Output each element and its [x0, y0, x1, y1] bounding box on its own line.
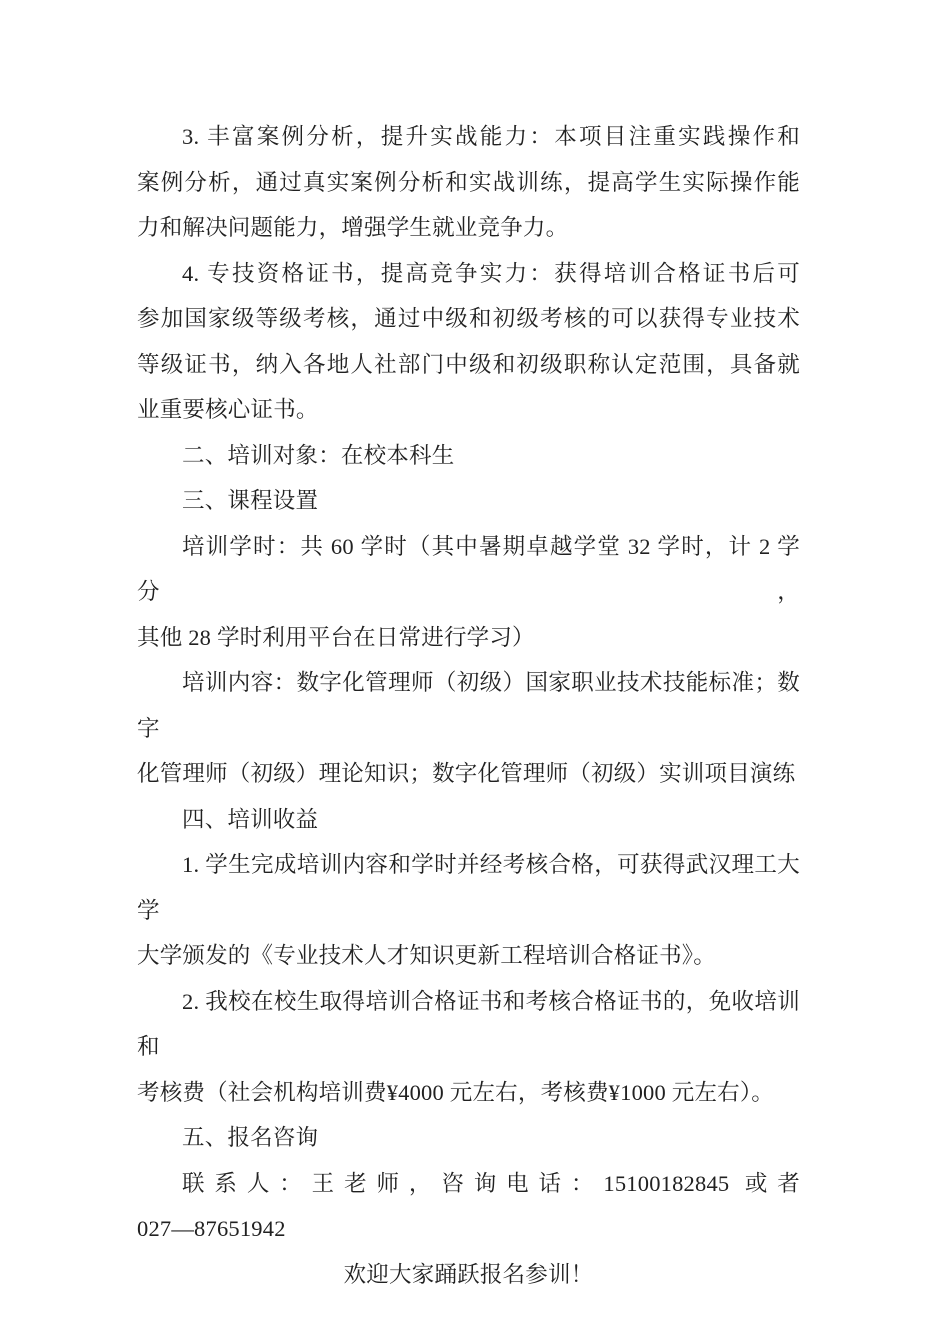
paragraph-benefit-1: 1. 学生完成培训内容和学时并经考核合格，可获得武汉理工大学大学颁发的《专业技术… [137, 842, 800, 979]
text-line: 联系人：王老师，咨询电话：15100182845 或者 [137, 1161, 800, 1207]
text-line: 3. 丰富案例分析，提升实战能力：本项目注重实践操作和 [137, 114, 800, 160]
text-line: 大学颁发的《专业技术人才知识更新工程培训合格证书》。 [137, 933, 800, 979]
text-line: 其他 28 学时利用平台在日常进行学习） [137, 615, 800, 661]
paragraph-benefit-2: 2. 我校在校生取得培训合格证书和考核合格证书的，免收培训和考核费（社会机构培训… [137, 979, 800, 1116]
text-line: 等级证书，纳入各地人社部门中级和初级职称认定范围，具备就 [137, 342, 800, 388]
paragraph-contact: 联系人：王老师，咨询电话：15100182845 或者027—87651942 [137, 1161, 800, 1252]
closing-line: 欢迎大家踊跃报名参训！ [137, 1252, 800, 1298]
text-line: 培训内容：数字化管理师（初级）国家职业技术技能标准；数字 [137, 660, 800, 751]
heading-registration: 五、报名咨询 [137, 1115, 800, 1161]
paragraph-training-content: 培训内容：数字化管理师（初级）国家职业技术技能标准；数字化管理师（初级）理论知识… [137, 660, 800, 797]
paragraph-feature-4: 4. 专技资格证书，提高竞争实力：获得培训合格证书后可参加国家级等级考核，通过中… [137, 251, 800, 433]
text-line: 考核费（社会机构培训费¥4000 元左右，考核费¥1000 元左右）。 [137, 1070, 800, 1116]
paragraph-feature-3: 3. 丰富案例分析，提升实战能力：本项目注重实践操作和案例分析，通过真实案例分析… [137, 114, 800, 251]
heading-course-setup: 三、课程设置 [137, 478, 800, 524]
text-line: 化管理师（初级）理论知识；数字化管理师（初级）实训项目演练 [137, 751, 800, 797]
text-line: 力和解决问题能力，增强学生就业竞争力。 [137, 205, 800, 251]
text-line: 培训学时：共 60 学时（其中暑期卓越学堂 32 学时，计 2 学分， [137, 524, 800, 615]
text-line: 027—87651942 [137, 1206, 800, 1252]
text-line: 四、培训收益 [137, 797, 800, 843]
heading-training-target: 二、培训对象：在校本科生 [137, 433, 800, 479]
text-line: 二、培训对象：在校本科生 [137, 433, 800, 479]
text-line: 业重要核心证书。 [137, 387, 800, 433]
document-body: 3. 丰富案例分析，提升实战能力：本项目注重实践操作和案例分析，通过真实案例分析… [137, 114, 800, 1297]
text-line: 三、课程设置 [137, 478, 800, 524]
paragraph-training-hours: 培训学时：共 60 学时（其中暑期卓越学堂 32 学时，计 2 学分，其他 28… [137, 524, 800, 661]
text-line: 4. 专技资格证书，提高竞争实力：获得培训合格证书后可 [137, 251, 800, 297]
text-line: 案例分析，通过真实案例分析和实战训练，提高学生实际操作能 [137, 160, 800, 206]
heading-training-benefits: 四、培训收益 [137, 797, 800, 843]
document-page: 3. 丰富案例分析，提升实战能力：本项目注重实践操作和案例分析，通过真实案例分析… [0, 0, 937, 1332]
text-line: 欢迎大家踊跃报名参训！ [137, 1252, 800, 1298]
text-line: 1. 学生完成培训内容和学时并经考核合格，可获得武汉理工大学 [137, 842, 800, 933]
text-line: 2. 我校在校生取得培训合格证书和考核合格证书的，免收培训和 [137, 979, 800, 1070]
text-line: 五、报名咨询 [137, 1115, 800, 1161]
text-line: 参加国家级等级考核，通过中级和初级考核的可以获得专业技术 [137, 296, 800, 342]
